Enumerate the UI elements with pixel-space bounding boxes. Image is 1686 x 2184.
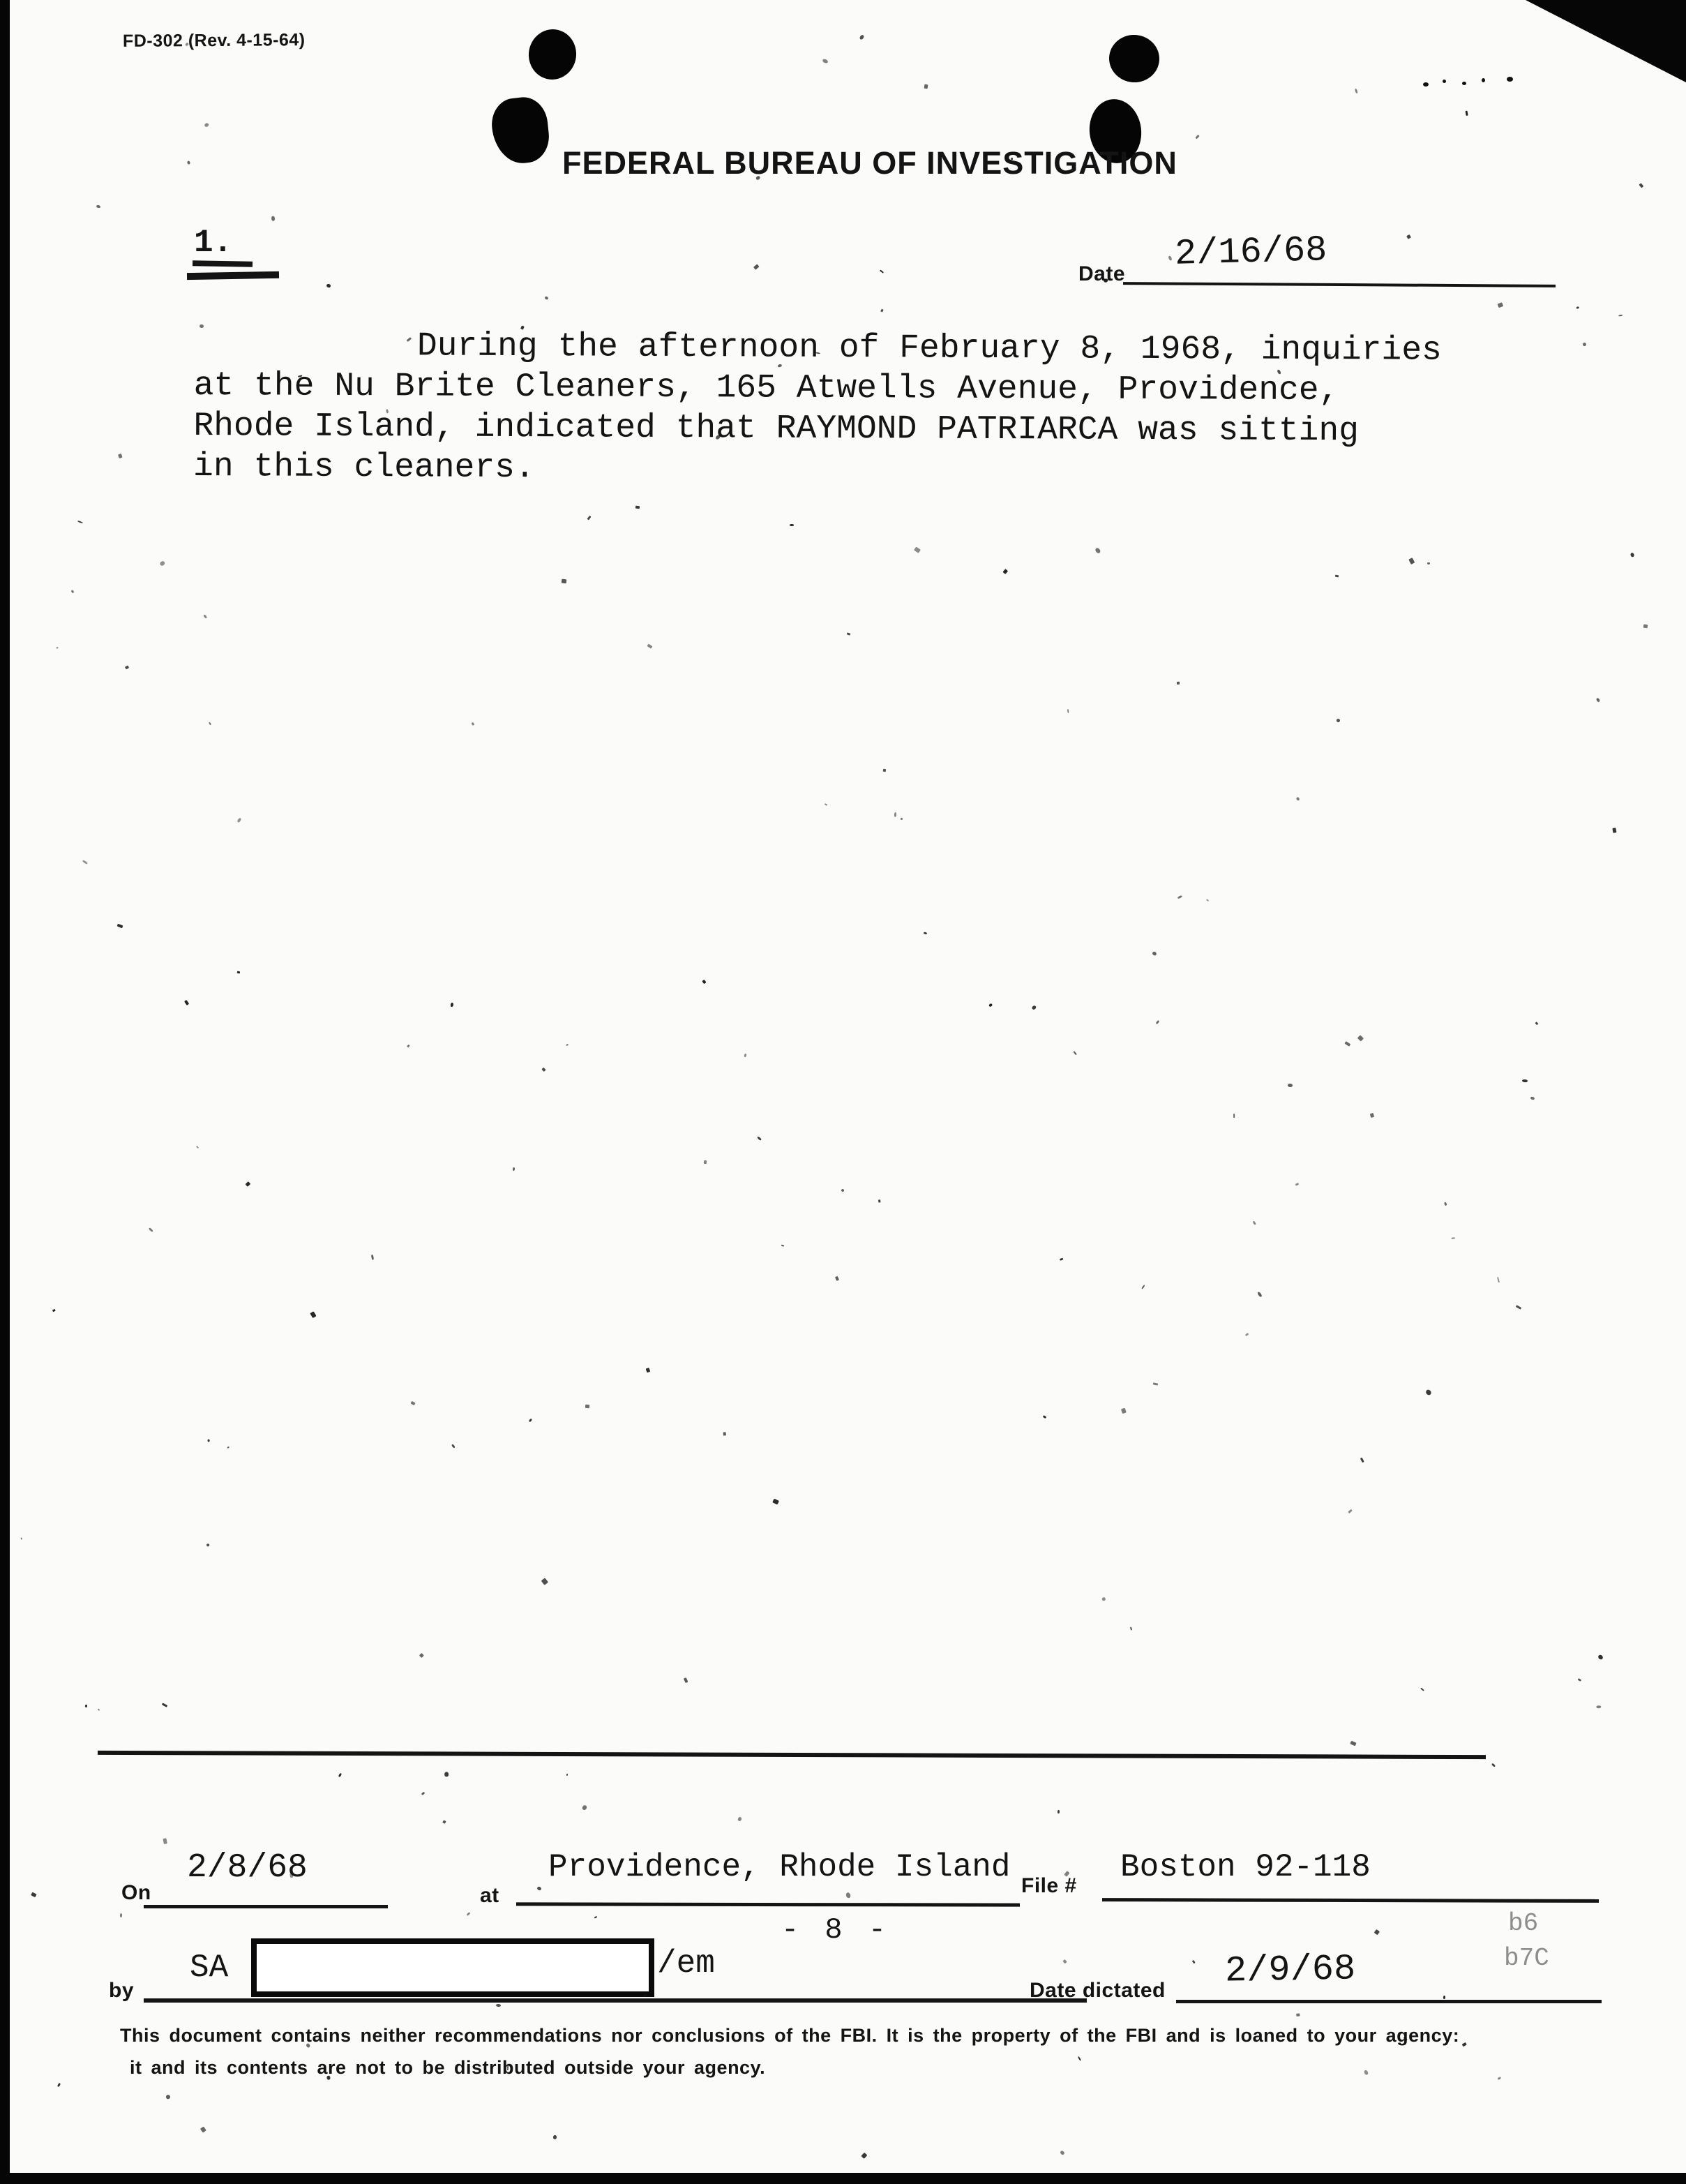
scan-mark [1423,82,1429,87]
scan-speck [594,1916,597,1919]
scan-speck [57,2082,61,2087]
at-value: Providence, Rhode Island [548,1849,1011,1885]
scan-speck [204,122,209,127]
scan-speck [1406,234,1411,239]
scan-speck [1335,575,1339,578]
scan-speck [1295,797,1300,802]
redaction-code-b7c: b7C [1504,1944,1549,1973]
page-number: - 8 - [781,1913,890,1947]
scan-speck [635,506,640,509]
scan-speck [1042,1415,1046,1419]
scan-speck [1153,1382,1158,1385]
scan-speck [1497,1277,1500,1282]
file-number-label: File # [1021,1874,1077,1898]
scan-mark [1482,78,1485,82]
scan-speck [1031,1005,1036,1010]
paragraph-line: During the afternoon of February 8, 1968… [194,325,1519,371]
scan-speck [421,1792,426,1796]
scan-speck [880,270,884,274]
page-marker: 1. [194,225,232,261]
at-label: at [480,1884,499,1908]
scan-speck [1206,899,1209,902]
scan-speck [209,722,211,726]
body-paragraph: During the afternoon of February 8, 1968… [193,325,1519,493]
scan-speck [52,1309,56,1312]
scan-speck [1062,1959,1067,1964]
scan-speck [326,283,331,288]
scan-speck [1297,2014,1300,2017]
scan-speck [1597,1705,1602,1708]
scan-speck [1130,1626,1132,1630]
scan-speck [757,1136,762,1141]
scan-speck [587,516,591,521]
scan-speck [790,524,794,526]
scan-speck [1491,1763,1496,1767]
scan-speck [410,1401,415,1406]
scan-speck [1257,1292,1263,1297]
date-dictated-underline [1176,2000,1602,2003]
scan-speck [737,1816,742,1821]
scan-speck [1364,2070,1369,2076]
scan-speck [861,2153,867,2159]
scan-speck [125,666,129,670]
scan-speck [566,1044,569,1046]
scan-speck [772,1498,779,1504]
scan-speck [1196,135,1200,139]
scan-speck [443,1820,446,1823]
scan-speck [338,1772,343,1777]
scan-speck [31,1892,37,1897]
scan-speck [1168,255,1173,261]
scan-speck [581,1804,587,1811]
scan-speck [1073,1052,1077,1056]
scan-speck [472,721,475,725]
separator-rule [98,1751,1486,1759]
disclaimer-line-2: it and its contents are not to be distri… [130,2057,765,2079]
hole-punch-dot [489,95,551,166]
scan-speck [82,860,88,864]
scan-speck [445,1772,449,1777]
scan-speck [835,1276,839,1281]
scan-speck [1409,558,1415,564]
scan-speck [883,769,887,772]
scan-speck [1427,562,1430,564]
scan-speck [1245,1333,1249,1336]
scan-speck [585,1405,589,1409]
scan-speck [1057,1810,1059,1813]
scan-speck [702,979,707,983]
scan-speck [1451,1237,1454,1239]
scan-speck [20,1537,22,1540]
scan-speck [822,59,828,64]
corner-fold-triangle [1526,0,1686,82]
scan-speck [881,309,884,312]
page-marker-underline [193,260,253,267]
scan-speck [1177,895,1182,899]
scan-speck [1443,1996,1445,2000]
scan-speck [1233,1114,1235,1118]
scan-speck [1288,1084,1293,1087]
scan-speck [165,2094,170,2100]
scan-speck [1355,89,1358,94]
file-number-underline [1102,1898,1599,1903]
scan-speck [541,1578,548,1585]
scan-speck [1345,1042,1350,1047]
on-value: 2/8/68 [187,1849,308,1887]
scan-speck [825,803,827,806]
scan-speck [1597,1654,1604,1660]
disclaimer-line-1: This document contains neither recommend… [120,2025,1564,2047]
scan-speck [419,1653,424,1658]
scan-speck [684,1677,688,1682]
scan-speck [85,1705,87,1707]
on-underline [144,1905,388,1908]
scan-speck [237,971,241,973]
scan-speck [56,647,58,649]
hole-punch-dot [1107,33,1161,84]
scan-speck [227,1446,229,1449]
form-number: FD-302 (Rev. 4-15-64) [123,30,306,52]
scan-speck [1059,1257,1063,1261]
agency-title: FEDERAL BUREAU OF INVESTIGATION [562,145,1177,181]
scan-speck [1357,1035,1364,1041]
scan-speck [1618,314,1623,316]
scan-speck [988,1003,993,1007]
scan-speck [245,1181,250,1187]
scan-speck [310,1312,316,1319]
scan-speck [200,2126,206,2132]
scan-speck [162,1703,167,1708]
scan-speck [1465,110,1468,116]
scan-speck [1101,1597,1106,1601]
scan-speck [879,1199,881,1202]
scan-speck [1630,552,1635,558]
scan-speck [704,1160,707,1164]
scan-speck [1576,306,1579,310]
scan-speck [1370,1113,1374,1118]
scan-speck [1348,1509,1353,1513]
scan-speck [1155,1019,1159,1024]
scan-speck [1374,1929,1380,1935]
scan-mark [1443,80,1446,83]
scan-speck [1060,2151,1066,2156]
scan-speck [1067,709,1069,713]
scan-speck [203,614,208,619]
scan-speck [184,1000,189,1005]
scan-speck [544,296,548,300]
scan-speck [924,84,928,89]
scan-speck [1535,1022,1538,1026]
scan-speck [163,1838,167,1843]
scan-speck [407,1045,410,1048]
scan-speck [914,547,921,553]
scan-speck [1337,718,1341,722]
scan-speck [118,453,123,458]
hole-punch-dot [525,27,579,83]
scan-speck [149,1227,153,1232]
redaction-box [251,1938,654,1997]
scan-speck [1350,1741,1356,1746]
scan-speck [647,644,652,649]
by-underline [144,1998,1087,2003]
scan-speck [1420,1688,1424,1691]
scan-speck [496,2004,502,2007]
scan-speck [1582,342,1587,347]
date-dictated-value: 2/9/68 [1224,1948,1355,1991]
scan-speck [845,1892,850,1898]
paragraph-line: Rhode Island, indicated that RAYMOND PAT… [193,406,1519,452]
scan-speck [894,812,896,817]
paragraph-line: at the Nu Brite Cleaners, 165 Atwells Av… [193,366,1519,412]
scan-speck [117,923,123,928]
agent-title-prefix: SA [190,1950,228,1986]
page-marker-underline [187,271,279,280]
scan-speck [77,520,83,523]
date-value: 2/16/68 [1174,230,1327,275]
scan-speck [1003,569,1008,574]
scan-speck [753,264,759,270]
scan-speck [237,817,242,823]
scan-speck [562,579,567,584]
scan-speck [1094,548,1101,555]
scan-speck [160,560,166,567]
scan-speck [451,1444,456,1448]
scan-speck [536,1886,542,1891]
scan-speck [541,1068,545,1072]
scan-speck [1596,697,1600,702]
scan-speck [1639,183,1643,188]
scan-speck [744,1054,746,1057]
scan-mark [1462,82,1466,85]
scan-speck [859,34,865,40]
redaction-code-b6: b6 [1508,1909,1538,1938]
scan-speck [1121,1407,1127,1414]
scan-speck [1295,1183,1300,1186]
date-dictated-label: Date dictated [1030,1979,1166,2003]
scan-speck [1643,624,1648,627]
by-label: by [109,1979,134,2003]
file-number-value: Boston 92-118 [1120,1849,1371,1885]
scan-speck [206,1543,209,1547]
scan-speck [1498,302,1503,308]
scan-speck [781,1245,784,1247]
date-label: Date [1078,262,1125,286]
document-page: FD-302 (Rev. 4-15-64) FEDERAL BUREAU OF … [0,0,1686,2184]
scan-speck [1252,1220,1256,1225]
scan-speck [566,1774,568,1776]
scan-speck [370,1255,374,1260]
scan-speck [1360,1458,1364,1463]
left-edge-scan-strip [0,0,10,2184]
scan-speck [1192,1960,1196,1964]
scan-speck [1516,1305,1521,1310]
scan-speck [1578,1678,1582,1682]
scan-speck [841,1189,844,1192]
scan-speck [723,1432,726,1435]
scan-speck [98,1708,100,1710]
scan-speck [196,1146,199,1149]
scan-speck [208,1439,210,1442]
agent-suffix: /em [657,1945,715,1982]
on-label: On [121,1881,151,1905]
scan-speck [901,818,903,820]
scan-speck [1177,682,1180,685]
at-underline [516,1902,1020,1906]
scan-speck [1522,1079,1528,1082]
date-underline [1123,282,1556,287]
scan-speck [1141,1285,1145,1289]
scan-speck [923,932,927,935]
scan-speck [1444,1202,1447,1205]
scan-mark [1507,77,1513,82]
paragraph-line: in this cleaners. [193,447,1519,493]
scan-speck [271,216,276,221]
scan-speck [70,590,74,593]
scan-speck [450,1002,453,1006]
scan-speck [120,1913,123,1917]
scan-speck [552,2135,557,2139]
scan-speck [187,160,190,165]
scan-speck [846,633,850,636]
scan-speck [466,1912,471,1916]
scan-speck [1613,828,1617,833]
scan-speck [1497,2077,1500,2080]
scan-speck [1424,1389,1431,1396]
scan-speck [1152,950,1157,955]
bottom-edge-scan-bar [0,2173,1686,2184]
scan-speck [1078,2056,1081,2060]
scan-speck [513,1167,515,1171]
scan-speck [646,1368,651,1373]
scan-speck [529,1419,532,1423]
scan-speck [96,205,101,209]
scan-speck [1530,1096,1535,1100]
